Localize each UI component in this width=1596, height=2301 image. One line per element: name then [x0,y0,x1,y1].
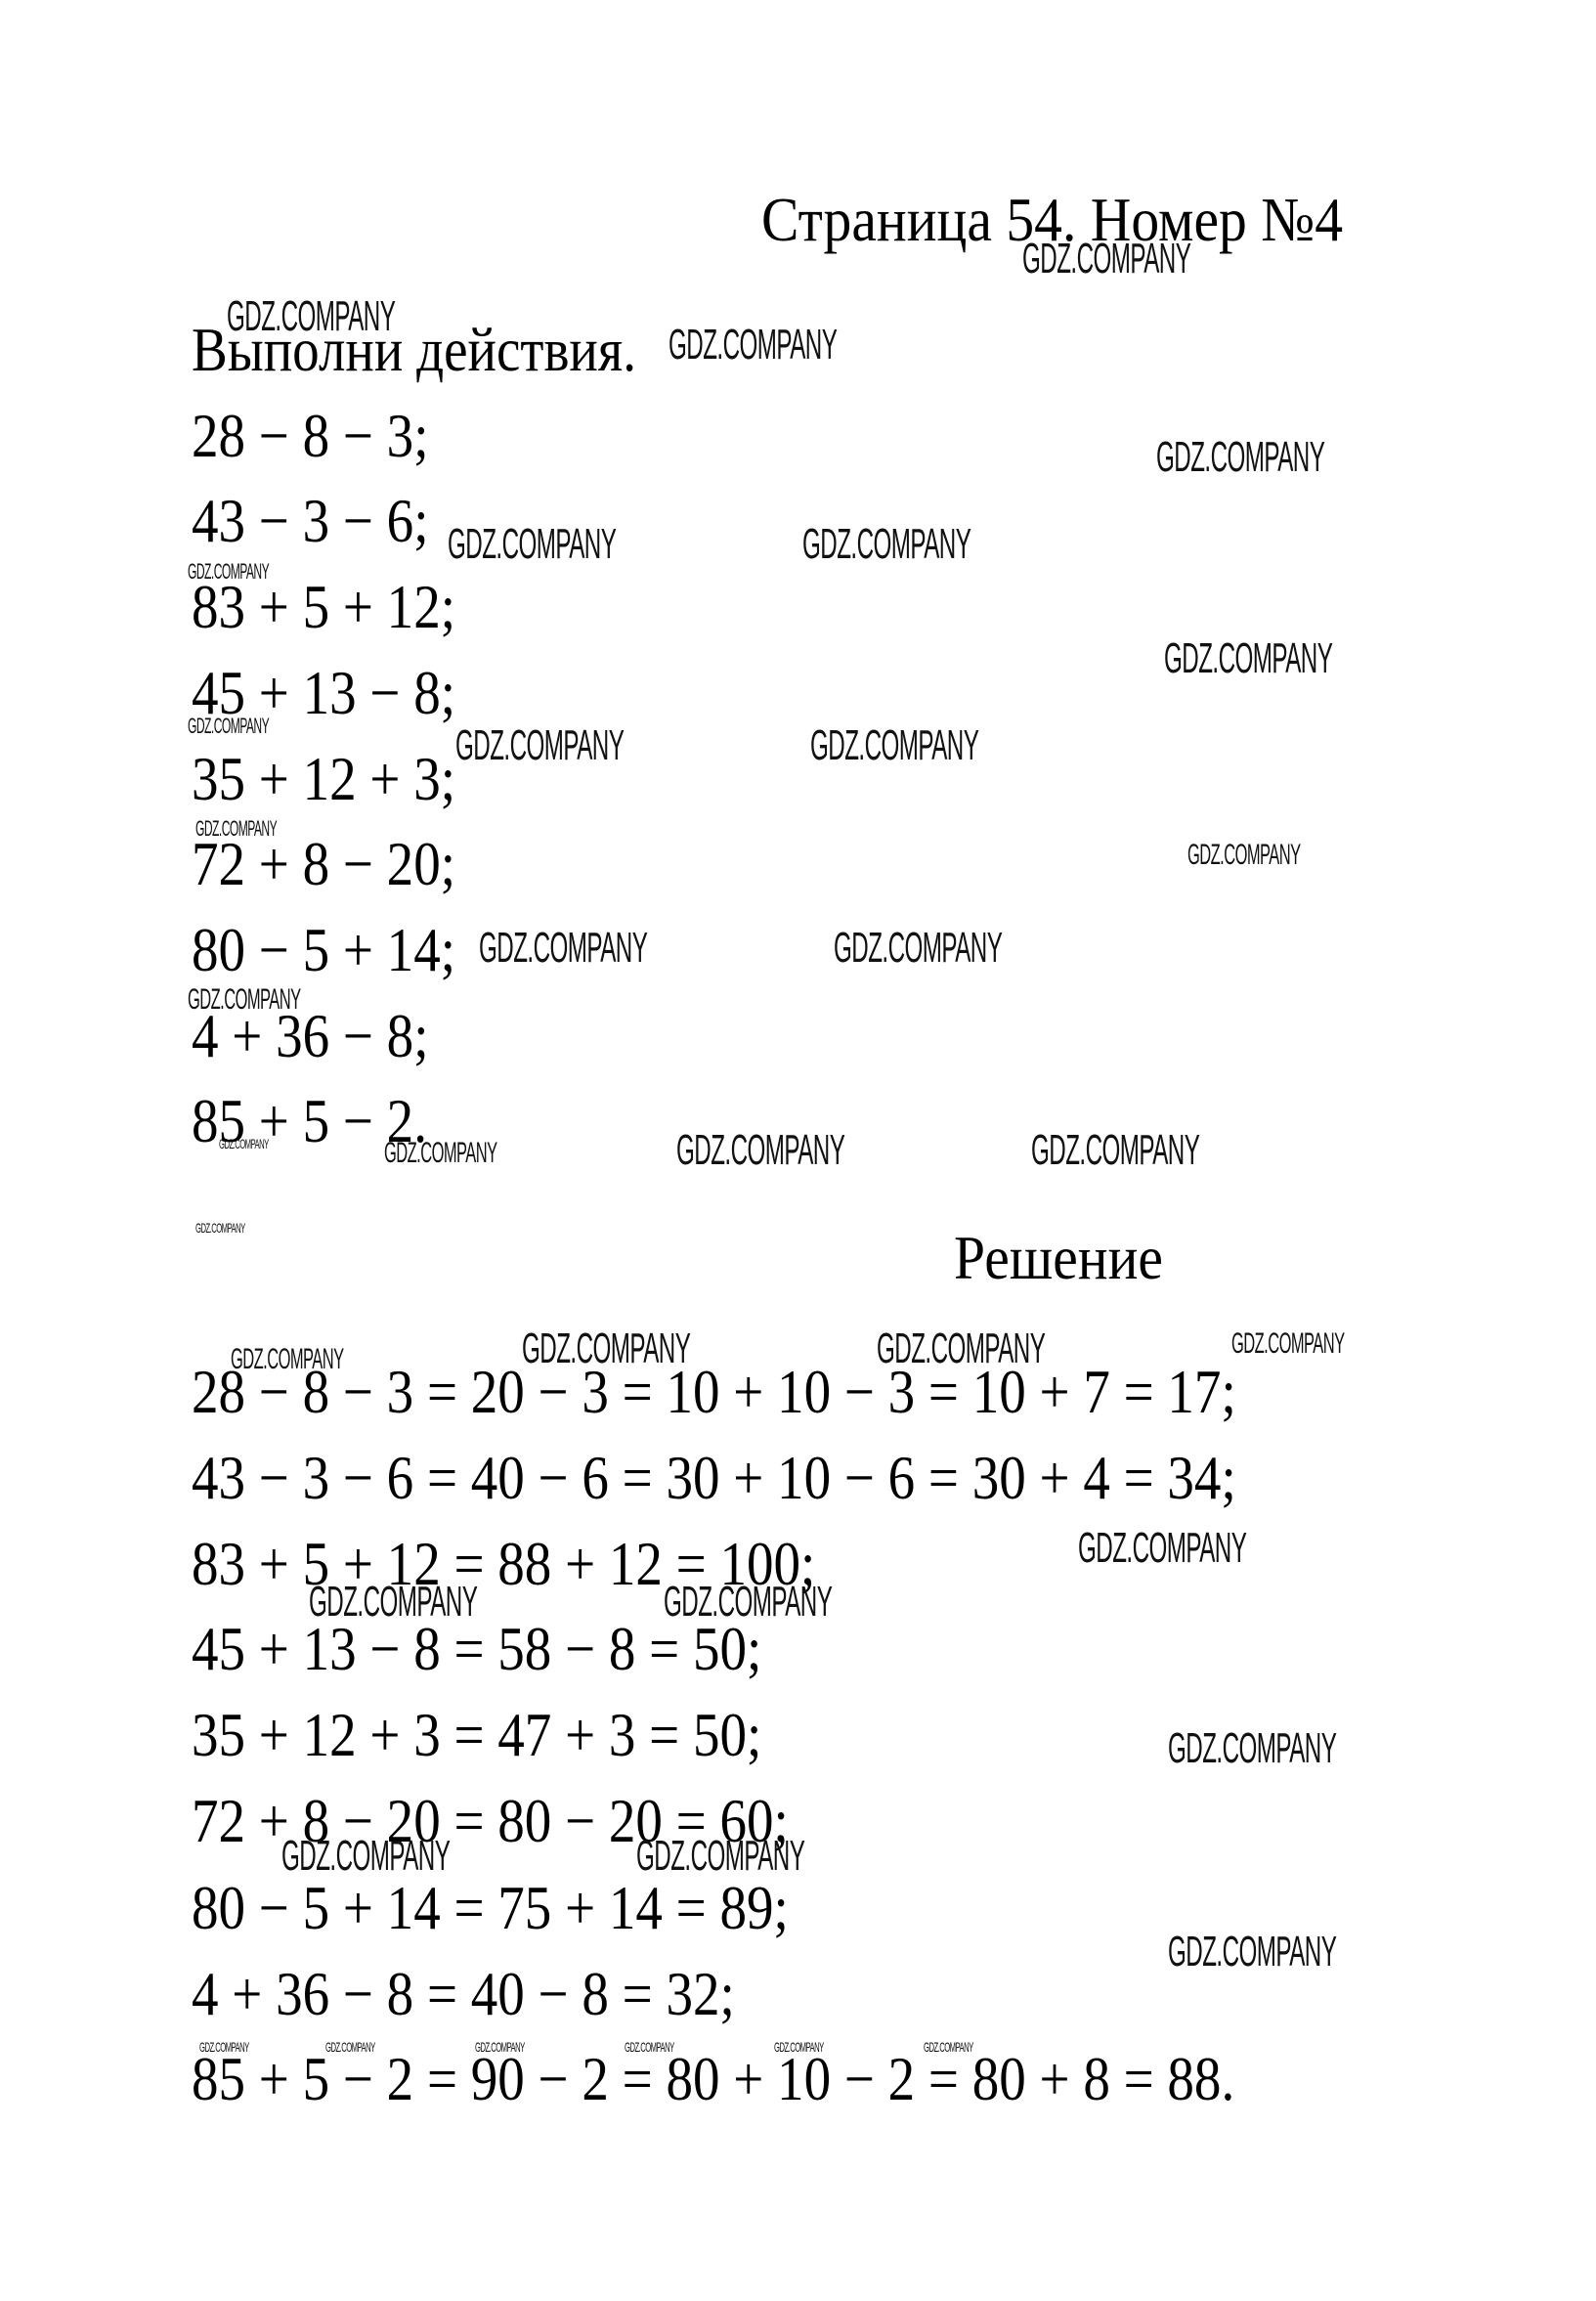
task-expression: 43 − 3 − 6; [192,490,428,552]
watermark: GDZ.COMPANY [448,523,616,566]
watermark: GDZ.COMPANY [676,1129,844,1172]
watermark: GDZ.COMPANY [455,724,624,767]
solution-line: 43 − 3 − 6 = 40 − 6 = 30 + 10 − 6 = 30 +… [192,1447,1236,1509]
solution-line: 85 + 5 − 2 = 90 − 2 = 80 + 10 − 2 = 80 +… [192,2048,1234,2110]
task-expression: 35 + 12 + 3; [192,748,455,810]
watermark: GDZ.COMPANY [1156,436,1324,479]
watermark: GDZ.COMPANY [195,818,277,840]
watermark: GDZ.COMPANY [199,2040,249,2054]
watermark: GDZ.COMPANY [188,716,269,737]
watermark: GDZ.COMPANY [669,324,837,367]
watermark: GDZ.COMPANY [810,724,978,767]
watermark: GDZ.COMPANY [219,1137,269,1150]
watermark: GDZ.COMPANY [1187,841,1301,870]
watermark: GDZ.COMPANY [802,523,971,566]
watermark: GDZ.COMPANY [231,1345,344,1374]
watermark: GDZ.COMPANY [325,2040,375,2054]
solution-line: 45 + 13 − 8 = 58 − 8 = 50; [192,1618,761,1680]
watermark: GDZ.COMPANY [281,1835,450,1878]
watermark: GDZ.COMPANY [479,927,647,970]
watermark: GDZ.COMPANY [834,927,1002,970]
watermark: GDZ.COMPANY [227,295,395,338]
watermark: GDZ.COMPANY [774,2040,824,2054]
watermark: GDZ.COMPANY [195,1221,245,1235]
watermark: GDZ.COMPANY [877,1327,1045,1370]
watermark: GDZ.COMPANY [625,2040,674,2054]
task-expression: 80 − 5 + 14; [192,919,455,981]
watermark: GDZ.COMPANY [475,2040,525,2054]
watermark: GDZ.COMPANY [384,1139,497,1168]
watermark: GDZ.COMPANY [1078,1527,1246,1570]
watermark: GDZ.COMPANY [1164,637,1332,680]
watermark: GDZ.COMPANY [1231,1329,1345,1359]
watermark: GDZ.COMPANY [188,561,269,583]
solution-line: 35 + 12 + 3 = 47 + 3 = 50; [192,1704,761,1766]
solution-line: 80 − 5 + 14 = 75 + 14 = 89; [192,1877,789,1939]
task-expression: 83 + 5 + 12; [192,576,455,638]
task-expression: 28 − 8 − 3; [192,405,428,467]
watermark: GDZ.COMPANY [522,1327,690,1370]
solution-heading: Решение [954,1227,1163,1289]
task-expression: 72 + 8 − 20; [192,833,455,895]
solution-line: 28 − 8 − 3 = 20 − 3 = 10 + 10 − 3 = 10 +… [192,1361,1236,1423]
watermark: GDZ.COMPANY [636,1835,804,1878]
watermark: GDZ.COMPANY [924,2040,973,2054]
watermark: GDZ.COMPANY [1022,238,1190,281]
solution-line: 4 + 36 − 8 = 40 − 8 = 32; [192,1963,735,2025]
watermark: GDZ.COMPANY [1168,1931,1336,1974]
watermark: GDZ.COMPANY [1031,1129,1199,1172]
watermark: GDZ.COMPANY [1168,1727,1336,1770]
watermark: GDZ.COMPANY [309,1581,477,1624]
watermark: GDZ.COMPANY [664,1581,832,1624]
watermark: GDZ.COMPANY [188,985,301,1015]
